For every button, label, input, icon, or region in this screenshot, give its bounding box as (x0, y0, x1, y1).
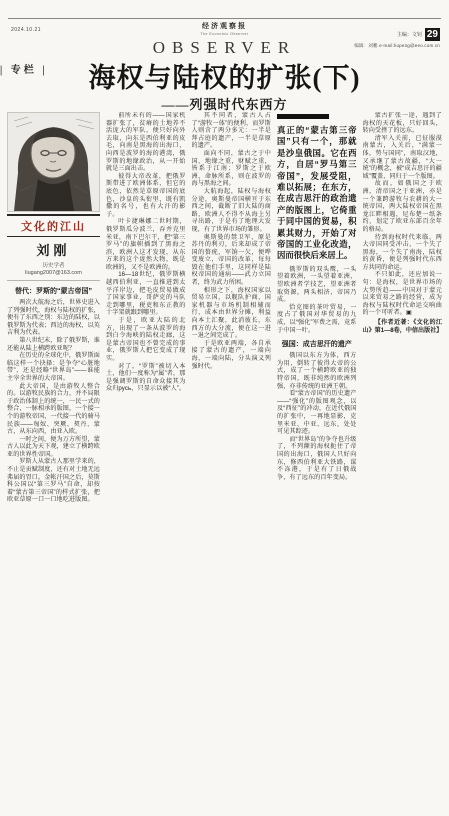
body-paragraph: 于是，欧亚大陆的北方，出现了一条从波罗的海到白令海峡的陆权走廊，这是蒙古帝国也不… (106, 317, 186, 363)
subhead-col1: 替代：罗斯的“蒙古帝国” (7, 286, 100, 296)
col1-text: 两次大航海之后，世界史进入了列强时代，海权与陆权的扩张，便有了东西之别：东边的陆… (7, 299, 100, 504)
author-portrait (7, 112, 100, 212)
portrait-sketch-graphic (8, 113, 99, 211)
body-paragraph: 第八世纪末，除了俄罗斯，谁还能从陆上横跨欧亚呢？ (7, 337, 100, 352)
body-paragraph: 对了，“罗斯”被切入本土，他们一度称为“属”者，那是强调罗斯的自命众接其为众归р… (106, 363, 186, 393)
column-name: 文化的江山 (7, 218, 100, 234)
author-block: 刘刚 历史学者 liugang2007@163.com (7, 237, 100, 281)
pull-quote-text: 真正的“蒙古第三帝国”只有一个，那就是沙皇俄国。它在西方，自居“罗马第三帝国”，… (277, 125, 357, 262)
body-paragraph: 其不同者，蒙古人占了“游牧一体”的便利，而罗斯人则含了两分多元：一半是拜占庭的遗… (192, 112, 272, 150)
body-paragraph: 故而，如俄国之于欧洲，清帝国之于亚洲，亦是一个兼跨游牧与农耕的大一统帝国，两大陆… (363, 180, 443, 233)
col5-text: 蒙古扩张一途，遇到了海权的天花板，只好回头，转向受挫了的远东。清军入关前，已征服… (363, 112, 443, 317)
body-paragraph: 大航海起，陆权与海权分途，奥斯曼帝国横亘于东西之间，截断了旧大陆的商路，欧洲人不… (192, 188, 272, 234)
body-paragraph: 清军入关前，已征服漠南蒙古，入关后，“满蒙一体，势与国同”，南取汉地，又承继了蒙… (363, 135, 443, 181)
column-5: 蒙古扩张一途，遇到了海权的天花板，只好回头，转向受挫了的远东。清军入关前，已征服… (363, 112, 443, 810)
col4-text-upper: 俄罗斯的双头鹰，一头望着欧洲，一头望着亚洲，望欧洲者学技艺，望亚洲者取资源，两头… (277, 266, 357, 334)
editor-block: 主编：文钊 29 编辑：刘鹏 e-mail:liupeng@eeo.com.cn (354, 28, 440, 49)
body-paragraph: 彼得大帝改革，把俄罗斯带进了欧洲体系，但它的底色，依然是草原帝国的底色，沙皇的头… (106, 173, 186, 219)
column-3: 其不同者，蒙古人占了“游牧一体”的便利，而罗斯人则含了两分多元：一半是拜占庭的遗… (192, 112, 272, 810)
author-name: 刘刚 (7, 240, 100, 259)
page-number-badge: 29 (425, 28, 440, 41)
author-book-note: 【作者近著：《文化的江山》第1—8卷，中信出版社】 (363, 319, 443, 334)
body-paragraph: 看“蒙古帝国”的历史遗产——“强化”的版图观念，以及“西征”的冲动，在近代俄国的… (277, 390, 357, 436)
subhead-col4: 强国：成吉思汗的遗产 (277, 339, 357, 349)
newspaper-page: 2024.10.21 经济观察报 The Economic Observer O… (0, 0, 449, 816)
body-paragraph: 待到海权时代来临，两大帝国同受冲击，一个失了黑海，一个失了南海，陆权的黄昏，便是… (363, 234, 443, 272)
body-paragraph: 一时之间，便为万方所望，蒙古人以此为天下观，建立了横跨欧亚的世界性帝国。 (7, 436, 100, 459)
author-role: 历史学者 (7, 261, 100, 269)
body-paragraph: 前所未有的——国家机器扩张了，贫瘠的土地养不活庞大的军队，便只好向外去取，向东是… (106, 112, 186, 173)
body-paragraph: 罗斯人从蒙古人那里学来的，不止是贡赋制度，还有对土地无远弗届的胃口。金帐汗国之后… (7, 458, 100, 504)
pull-quote-block: 真正的“蒙古第三帝国”只有一个，那就是沙皇俄国。它在西方，自居“罗马第三帝国”，… (277, 114, 357, 262)
body-paragraph: 奥斯曼的禁卫军，原是苏丹的利刃，后来却成了帝国的赘疣，军饷一欠，便哗变废立，帝国… (192, 234, 272, 287)
chief-editor-line: 主编：文钊 (397, 31, 422, 38)
column-4: 真正的“蒙古第三帝国”只有一个，那就是沙皇俄国。它在西方，自居“罗马第三帝国”，… (277, 112, 357, 810)
body-paragraph: 俄罗斯的双头鹰，一头望着欧洲，一头望着亚洲，望欧洲者学技艺，望亚洲者取资源，两头… (277, 266, 357, 304)
article-title: 海权与陆权的扩张(下) (0, 64, 449, 92)
editor-contact-line: 编辑：刘鹏 e-mail:liupeng@eeo.com.cn (354, 43, 440, 49)
author-email: liugang2007@163.com (7, 270, 100, 276)
column-banner: 文化的江山 (7, 214, 100, 237)
col4-text-lower: 俄国以东方为体，西方为用，倒转了彼得大帝的公式，成了一个横跨欧亚的独特帝国，既非… (277, 352, 357, 481)
col2-text: 前所未有的——国家机器扩张了，贫瘠的土地养不活庞大的军队，便只好向外去取，向东是… (106, 112, 186, 393)
body-paragraph: 俄国以东方为体，西方为用，倒转了彼得大帝的公式，成了一个横跨欧亚的独特帝国，既非… (277, 352, 357, 390)
col3-text: 其不同者，蒙古人占了“游牧一体”的便利，而罗斯人则含了两分多元：一半是拜占庭的遗… (192, 112, 272, 370)
body-paragraph: 于是欧亚两端，各自承接了蒙古的遗产，一端向海，一端向陆，分头演义列强时代。 (192, 340, 272, 370)
body-paragraph: 蒙古扩张一途，遇到了海权的天花板，只好回头，转向受挫了的远东。 (363, 112, 443, 135)
body-paragraph: 面向不同，蒙古之于中国，地缘之重，财赋之重，皆系于江南；罗斯之于欧洲，命脉所系，… (192, 150, 272, 188)
body-paragraph: 两次大航海之后，世界史进入了列强时代，海权与陆权的扩张，便有了东西之别：东边的陆… (7, 299, 100, 337)
body-paragraph: 恰克图的茶叶贸易，一度占了俄国对华贸易的九成，以“强化”军费之需，竟系于中国一叶… (277, 304, 357, 334)
body-paragraph: 而“世界岛”的争夺也升级了，不列颠的海权扼住了帝国的出海口，俄国人只好向东，修西… (277, 436, 357, 482)
body-paragraph: 16—18世纪，俄罗斯横越西伯利亚，一直推进到太平洋岸边，把毛皮贸易做成了国家事… (106, 271, 186, 317)
body-paragraph: 相形之下，海权国家以贸易立国，以舰队护商，国家机器与市场机制相辅而行，成本由世界… (192, 287, 272, 340)
article-body-columns: 文化的江山 刘刚 历史学者 liugang2007@163.com 替代：罗斯的… (7, 112, 442, 810)
body-paragraph: 此大帝国，是由游牧人整合的。以游牧民族的合力，并不局限于政治体制上的统一，一民一… (7, 383, 100, 436)
body-paragraph: 不只如此，还应加说一句：是海权，是世界市场的大势所趋——中国对于蒙元以来贸易之路… (363, 271, 443, 317)
top-rule (8, 18, 441, 19)
article-headline: 海权与陆权的扩张(下) ——列强时代东西方 (0, 64, 449, 113)
body-paragraph: 叶卡捷琳娜二世时期，俄罗斯瓜分波兰，吞并克里米亚，南下巴尔干，把“第三罗马”的旗… (106, 218, 186, 271)
column-sidebar: 文化的江山 刘刚 历史学者 liugang2007@163.com 替代：罗斯的… (7, 112, 100, 810)
article-subtitle: ——列强时代东西方 (0, 94, 449, 113)
body-paragraph: 在历史的全球化中，俄罗斯面临这样一个抉择：是争夺“心脏地带”，还是经略“世界岛”… (7, 352, 100, 382)
column-2: 前所未有的——国家机器扩张了，贫瘠的土地养不活庞大的军队，便只好向外去取，向东是… (106, 112, 186, 810)
quote-black-bar (277, 114, 329, 119)
